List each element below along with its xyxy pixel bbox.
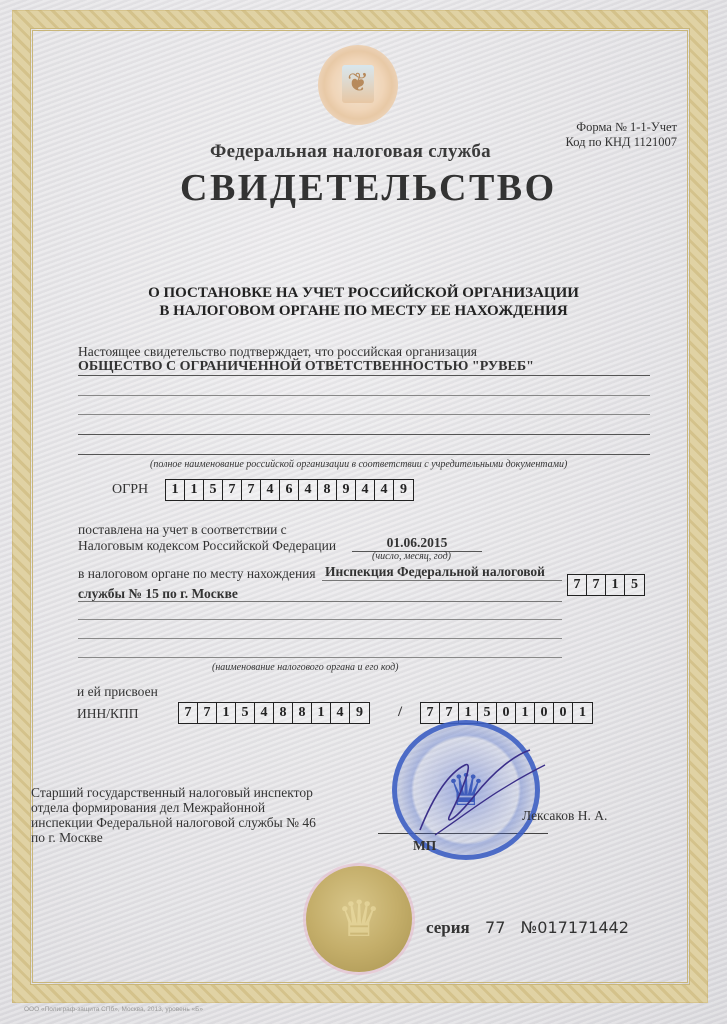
- ogrn-digit: 9: [337, 480, 356, 500]
- ogrn-digit: 4: [299, 480, 318, 500]
- gold-seal-icon: ♛: [306, 866, 412, 972]
- registration-date-note: (число, месяц, год): [372, 551, 451, 562]
- inn-kpp-separator: /: [398, 704, 402, 721]
- signatory-position: Старший государственный налоговый инспек…: [31, 785, 316, 845]
- inn-digit: 1: [312, 703, 331, 723]
- registration-line-1: поставлена на учет в соответствии с: [78, 522, 287, 538]
- tax-code-digit: 7: [568, 575, 587, 595]
- registration-date: 01.06.2015: [372, 535, 462, 551]
- inn-digit: 5: [236, 703, 255, 723]
- mp-label: МП: [413, 838, 436, 854]
- agency-name: Федеральная налоговая служба: [210, 141, 491, 163]
- inn-kpp-label: ИНН/КПП: [77, 706, 139, 722]
- kpp-digit: 5: [478, 703, 497, 723]
- kpp-digit: 0: [497, 703, 516, 723]
- kpp-digit: 0: [535, 703, 554, 723]
- inn-digit: 9: [350, 703, 369, 723]
- tax-authority-intro: в налоговом органе по месту нахождения: [78, 566, 316, 582]
- document-subtitle: О ПОСТАНОВКЕ НА УЧЕТ РОССИЙСКОЙ ОРГАНИЗА…: [0, 284, 727, 320]
- series-number: серия 77 №017171442: [426, 918, 629, 938]
- ogrn-digit: 7: [223, 480, 242, 500]
- form-info: Форма № 1-1-Учет Код по КНД 1121007: [566, 120, 677, 150]
- ogrn-label: ОГРН: [112, 482, 148, 498]
- kpp-digit: 1: [516, 703, 535, 723]
- tax-authority-note: (наименование налогового органа и его ко…: [212, 662, 398, 673]
- inn-digit: 4: [331, 703, 350, 723]
- organization-intro: Настоящее свидетельство подтверждает, чт…: [78, 344, 477, 360]
- ogrn-digit: 8: [318, 480, 337, 500]
- ogrn-digit: 1: [166, 480, 185, 500]
- ogrn-digit: 4: [356, 480, 375, 500]
- ogrn-digit: 4: [261, 480, 280, 500]
- signature-icon: [405, 735, 555, 845]
- signatory-line-2: отдела формирования дел Межрайонной: [31, 800, 316, 815]
- ogrn-digit: 1: [185, 480, 204, 500]
- subtitle-line-2: В НАЛОГОВОМ ОРГАНЕ ПО МЕСТУ ЕЕ НАХОЖДЕНИ…: [0, 302, 727, 320]
- kpp-digit: 0: [554, 703, 573, 723]
- kpp-digit: 1: [573, 703, 592, 723]
- kpp-field: 771501001: [420, 702, 593, 724]
- ogrn-digit: 5: [204, 480, 223, 500]
- assigned-label: и ей присвоен: [77, 684, 158, 700]
- tax-authority-name-1: Инспекция Федеральной налоговой: [325, 564, 545, 580]
- tax-authority-name-2: службы № 15 по г. Москве: [78, 586, 238, 602]
- series-value: 77: [485, 918, 505, 937]
- form-number: Форма № 1-1-Учет: [566, 120, 677, 135]
- tax-code-digit: 1: [606, 575, 625, 595]
- organization-name-note: (полное наименование российской организа…: [150, 459, 567, 470]
- knd-code: Код по КНД 1121007: [566, 135, 677, 150]
- certificate-number: №017171442: [521, 918, 629, 937]
- inn-digit: 8: [274, 703, 293, 723]
- series-label: серия: [426, 918, 470, 937]
- signatory-line-3: инспекции Федеральной налоговой службы №…: [31, 815, 316, 830]
- signatory-name: Лексаков Н. А.: [522, 808, 607, 824]
- ogrn-digit: 4: [375, 480, 394, 500]
- ogrn-digit: 6: [280, 480, 299, 500]
- ogrn-field: 1157746489449: [165, 479, 414, 501]
- inn-digit: 7: [198, 703, 217, 723]
- ogrn-digit: 7: [242, 480, 261, 500]
- registration-line-2: Налоговым кодексом Российской Федерации: [78, 538, 336, 554]
- hologram-emblem-icon: ❦: [318, 45, 398, 125]
- document-title: СВИДЕТЕЛЬСТВО: [180, 166, 557, 210]
- ogrn-digit: 9: [394, 480, 413, 500]
- organization-name: ОБЩЕСТВО С ОГРАНИЧЕННОЙ ОТВЕТСТВЕННОСТЬЮ…: [78, 359, 534, 375]
- signatory-line-4: по г. Москве: [31, 830, 316, 845]
- certificate-page: ❦ Форма № 1-1-Учет Код по КНД 1121007 Фе…: [0, 0, 727, 1024]
- subtitle-line-1: О ПОСТАНОВКЕ НА УЧЕТ РОССИЙСКОЙ ОРГАНИЗА…: [0, 284, 727, 302]
- kpp-digit: 7: [421, 703, 440, 723]
- inn-digit: 4: [255, 703, 274, 723]
- inn-field: 7715488149: [178, 702, 370, 724]
- tax-code-digit: 7: [587, 575, 606, 595]
- signatory-line-1: Старший государственный налоговый инспек…: [31, 785, 316, 800]
- inn-digit: 1: [217, 703, 236, 723]
- printer-footer: ООО «Полиграф-защита СПб», Москва, 2013,…: [24, 1006, 203, 1013]
- inn-digit: 8: [293, 703, 312, 723]
- tax-authority-code-field: 7715: [567, 574, 645, 596]
- tax-code-digit: 5: [625, 575, 644, 595]
- inn-digit: 7: [179, 703, 198, 723]
